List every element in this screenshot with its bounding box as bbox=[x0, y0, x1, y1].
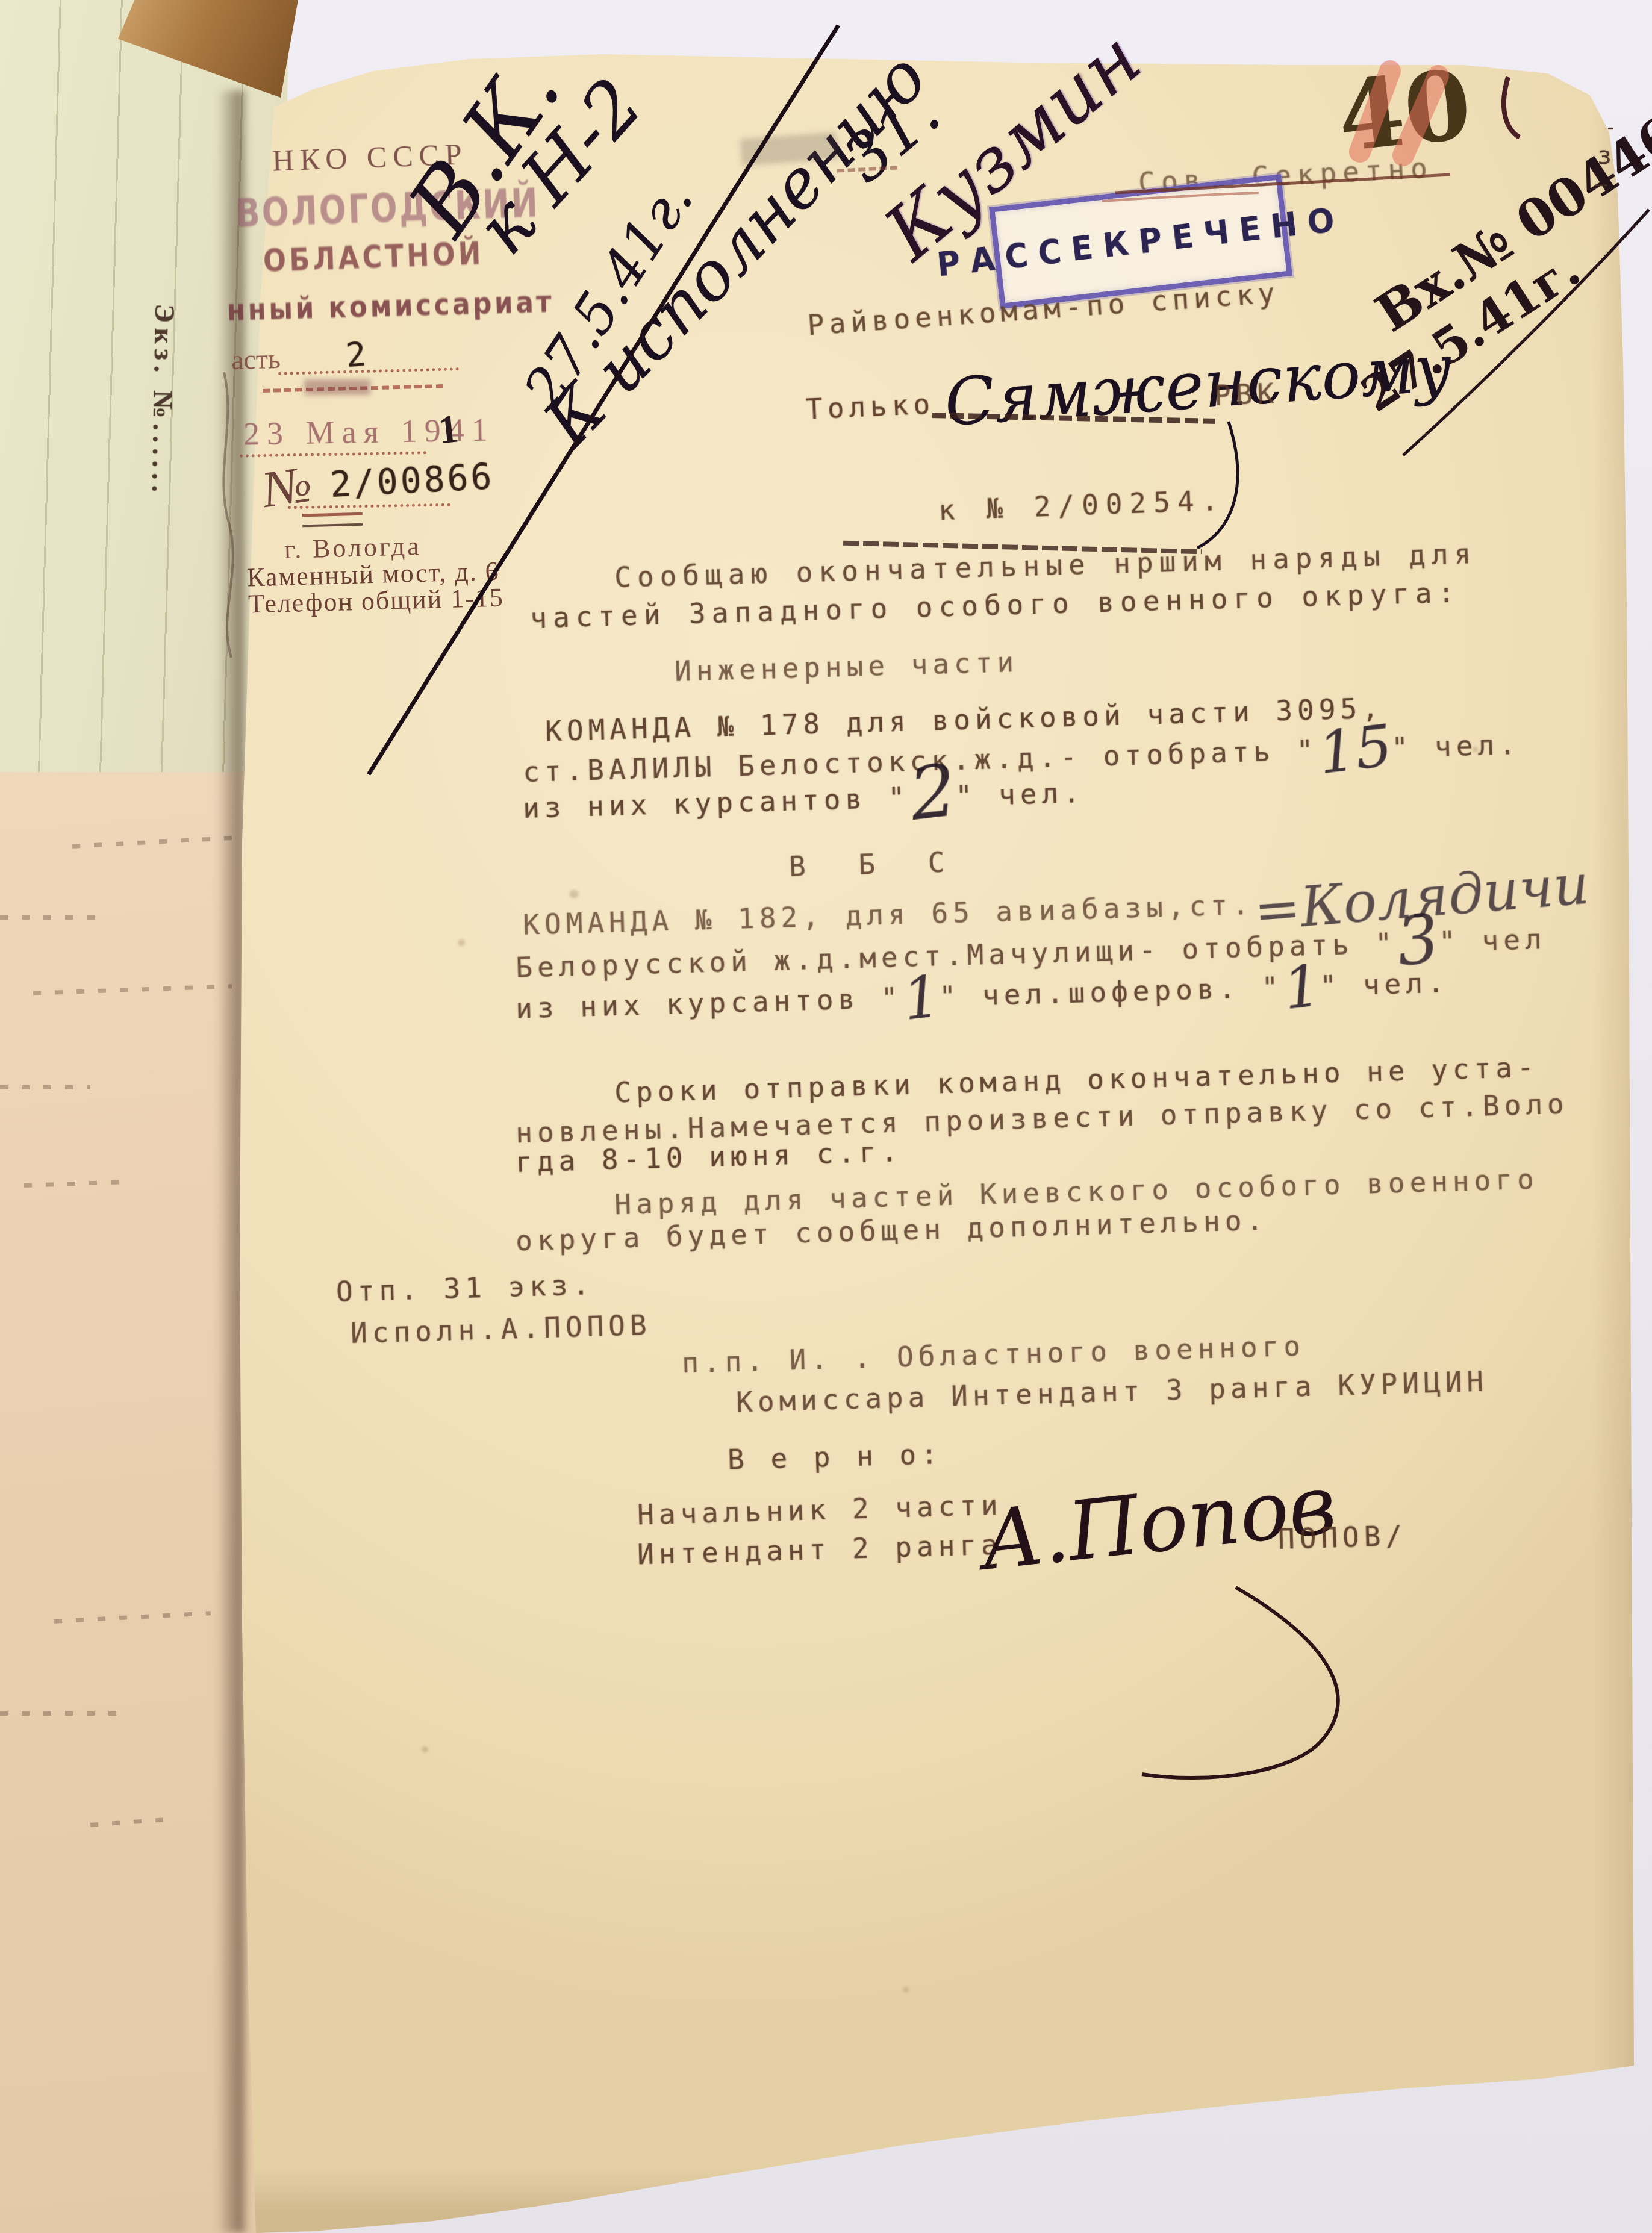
faint-print-fragment bbox=[0, 1711, 126, 1716]
edge-mark-3: — bbox=[1595, 172, 1612, 196]
faint-print-fragment bbox=[0, 915, 108, 920]
typed-segment: " чел. bbox=[1391, 728, 1521, 764]
popov-typed-name: ПОПОВ/ bbox=[1277, 1519, 1407, 1556]
edge-mark-2: з bbox=[1597, 142, 1616, 170]
number-sign: № bbox=[258, 453, 315, 520]
paper-stain bbox=[458, 939, 465, 946]
letterhead-oblastnoy: ОБЛАСТНОЙ bbox=[263, 235, 484, 279]
typed-segment: " чел bbox=[1438, 923, 1547, 958]
faint-print-fragment bbox=[90, 1817, 175, 1827]
chast-value: 2 bbox=[344, 334, 372, 375]
paper-stain bbox=[1077, 73, 1083, 79]
paper-stain bbox=[903, 1987, 909, 1992]
handwritten-count-1a: 1 bbox=[903, 995, 940, 1000]
faint-print-fragment bbox=[54, 1611, 211, 1624]
handwritten-count-2: 2 bbox=[910, 791, 956, 796]
typed-segment: " чел. bbox=[955, 776, 1085, 812]
paper-stain bbox=[1473, 747, 1478, 752]
handwritten-count-1b: 1 bbox=[1283, 985, 1320, 989]
section-heading-vbs: В Б С bbox=[788, 846, 963, 883]
faint-print-fragment bbox=[33, 984, 232, 995]
edge-mark-1: - bbox=[1604, 116, 1621, 140]
faint-print-fragment bbox=[0, 1085, 90, 1089]
document-scan: Экз. №...... НКО СССР ВОЛОГОДСКИЙ ОБЛАСТ… bbox=[0, 0, 1652, 2233]
declassified-stamp-text: РАССЕКРЕЧЕНО bbox=[935, 199, 1346, 284]
paper-stain bbox=[569, 890, 579, 898]
verno-label: В е р н о: bbox=[727, 1437, 943, 1476]
paper-stain bbox=[422, 1746, 428, 1752]
handwritten-count-3: 3 bbox=[1397, 938, 1439, 942]
outgoing-number: 2/00866 bbox=[329, 456, 495, 505]
handwritten-count-15: 15 bbox=[1318, 745, 1391, 753]
letterhead-chast-label: асть bbox=[231, 343, 281, 376]
letterhead-smudge bbox=[304, 379, 370, 395]
rvk-label: РВК bbox=[1214, 377, 1279, 412]
faint-print-fragment bbox=[24, 1180, 126, 1188]
underlying-lined-sheet bbox=[0, 0, 288, 808]
double-underline bbox=[302, 512, 363, 528]
only-label: Только bbox=[805, 387, 935, 425]
ekz-number-stamp: Экз. №...... bbox=[145, 304, 181, 498]
typed-segment: " чел. bbox=[1320, 966, 1450, 1002]
